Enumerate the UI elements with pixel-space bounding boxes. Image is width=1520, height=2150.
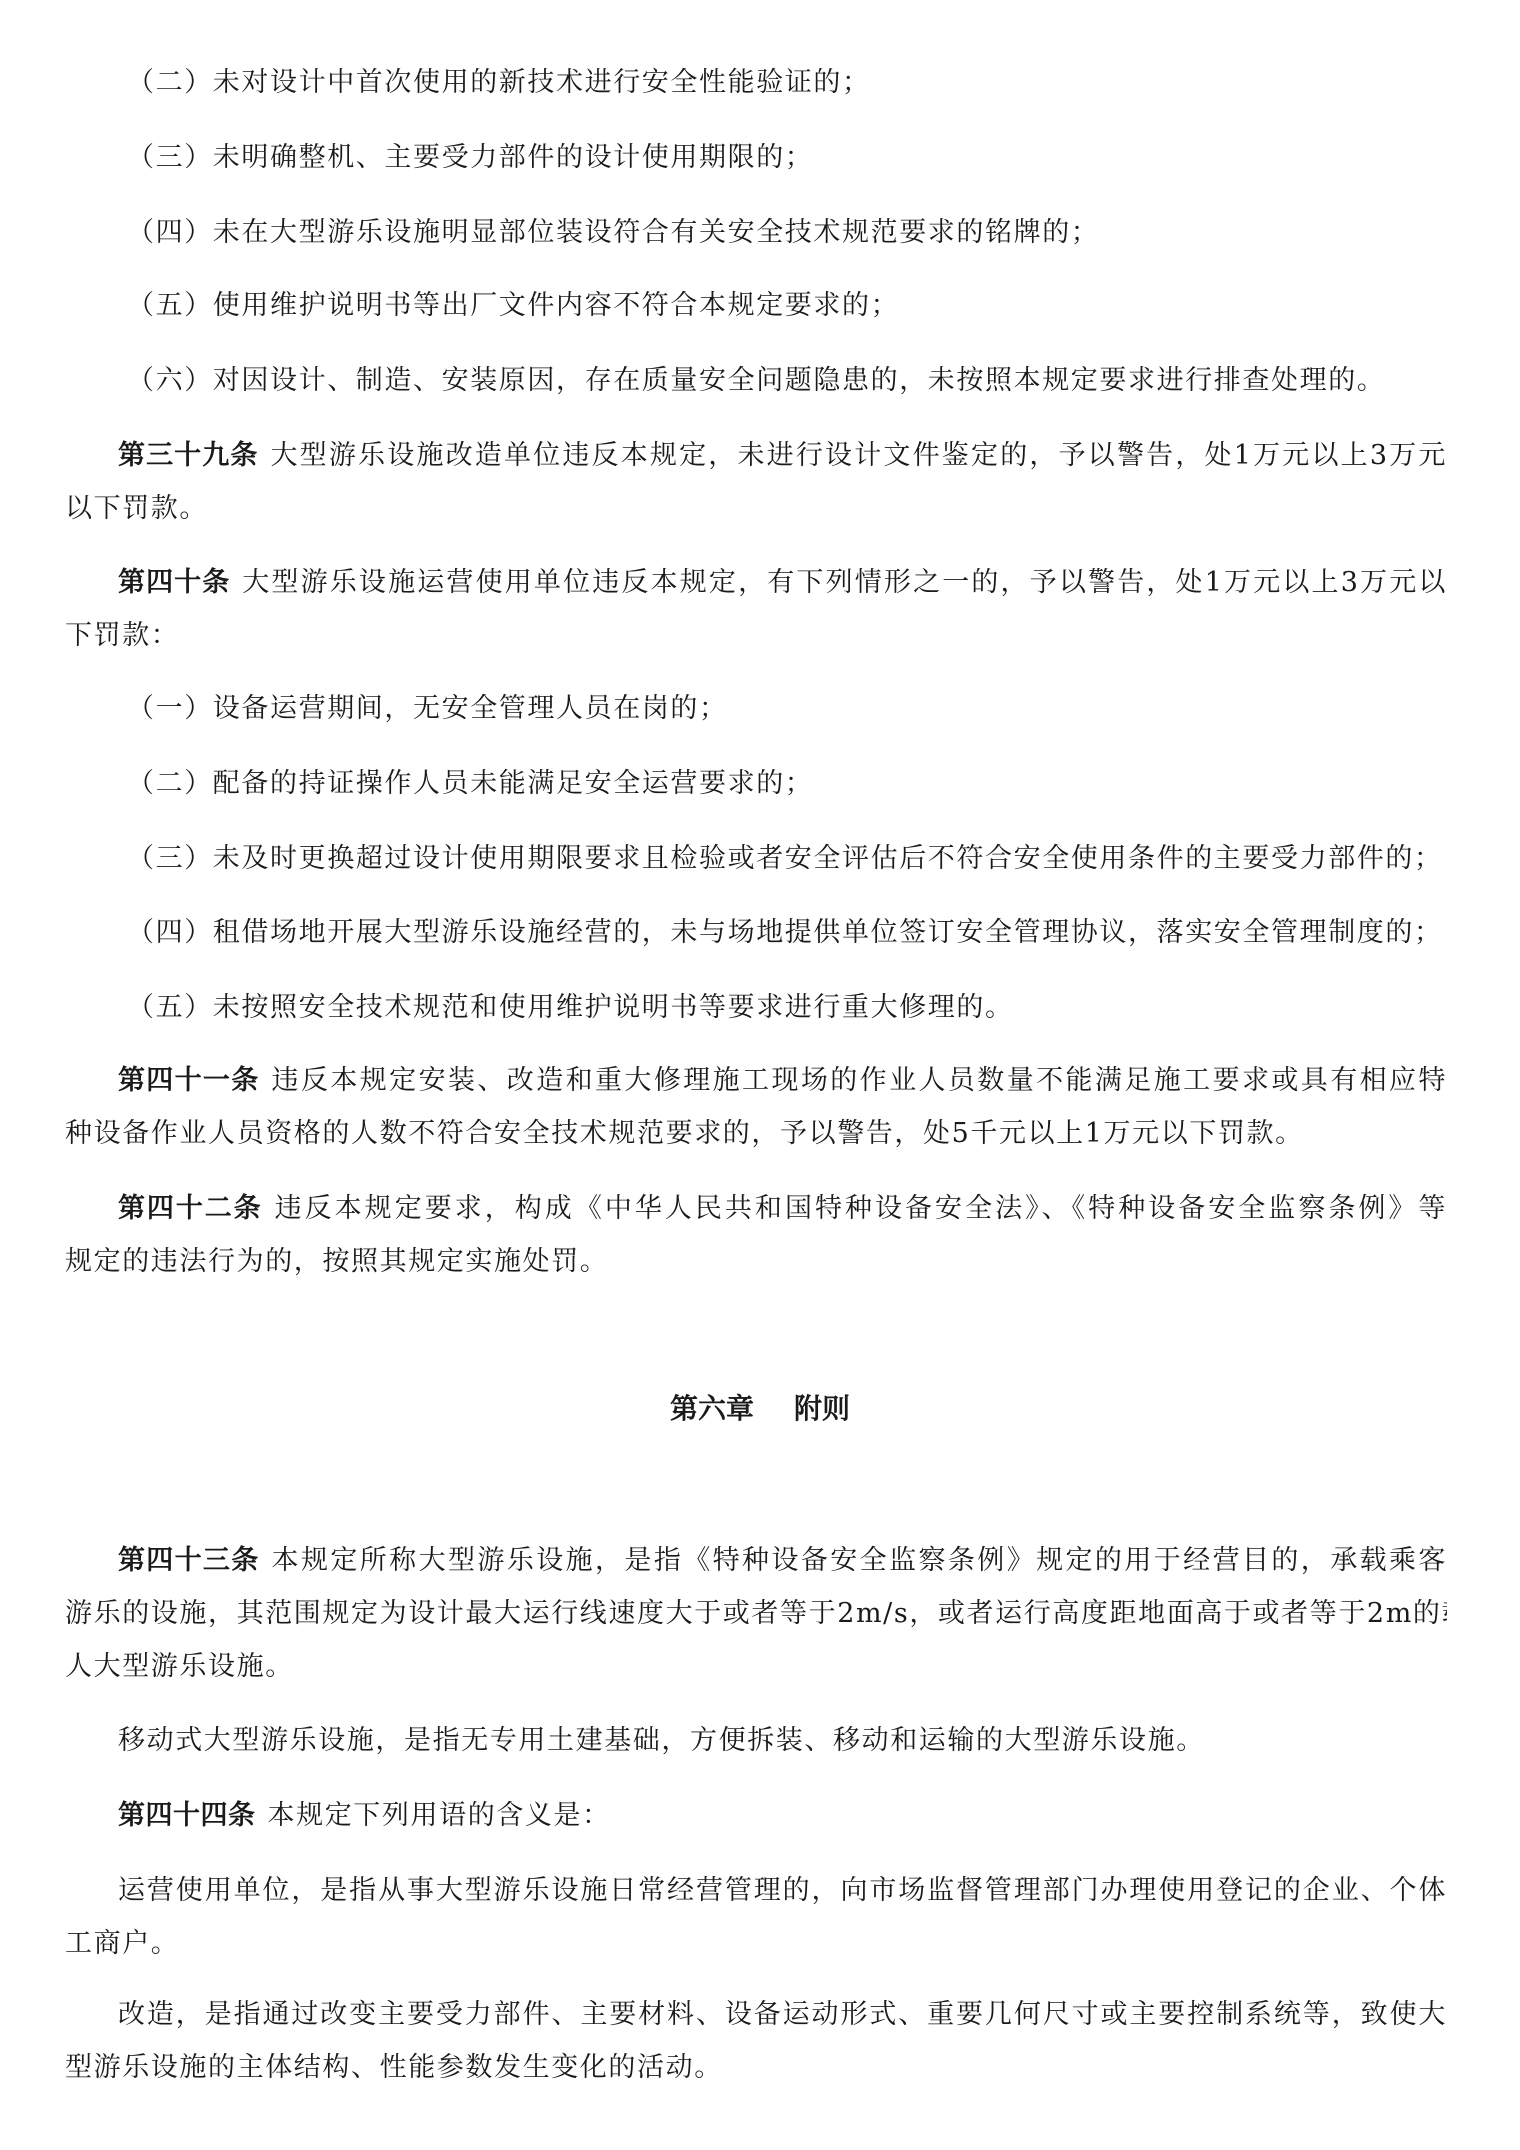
article-first-line: 第四十四条本规定下列用语的含义是： [65, 1789, 1447, 1842]
item-text: （六）对因设计、制造、安装原因，存在质量安全问题隐患的，未按照本规定要求进行排查… [65, 354, 1447, 407]
article-label: 第四十条 [118, 567, 230, 598]
definition-modification: 改造，是指通过改变主要受力部件、主要材料、设备运动形式、重要几何尺寸或主要控制系… [65, 1988, 1447, 2094]
article-first-line: 第四十三条本规定所称大型游乐设施，是指《特种设备安全监察条例》规定的用于经营目的… [65, 1534, 1447, 1587]
article-text: 规定的违法行为的，按照其规定实施处罚。 [65, 1235, 1447, 1288]
list-item: （二）配备的持证操作人员未能满足安全运营要求的； [65, 757, 1447, 810]
chapter-number: 第六章 [670, 1392, 754, 1425]
article-text: 移动式大型游乐设施，是指无专用土建基础，方便拆装、移动和运输的大型游乐设施。 [65, 1714, 1447, 1767]
list-item: （六）对因设计、制造、安装原因，存在质量安全问题隐患的，未按照本规定要求进行排查… [65, 354, 1447, 407]
article-44: 第四十四条本规定下列用语的含义是： [65, 1789, 1447, 1842]
article-text: 游乐的设施，其范围规定为设计最大运行线速度大于或者等于2m/s，或者运行高度距地… [65, 1587, 1447, 1640]
definition-text: 型游乐设施的主体结构、性能参数发生变化的活动。 [65, 2041, 1447, 2094]
article-first-line: 第四十二条违反本规定要求，构成《中华人民共和国特种设备安全法》、《特种设备安全监… [65, 1182, 1447, 1235]
article-label: 第四十三条 [118, 1545, 260, 1576]
list-item: （四）未在大型游乐设施明显部位装设符合有关安全技术规范要求的铭牌的； [65, 206, 1447, 259]
list-item: （五）使用维护说明书等出厂文件内容不符合本规定要求的； [65, 279, 1447, 332]
article-text: 大型游乐设施运营使用单位违反本规定，有下列情形之一的，予以警告，处1万元以上3万… [242, 567, 1447, 598]
definition-text: 改造，是指通过改变主要受力部件、主要材料、设备运动形式、重要几何尺寸或主要控制系… [65, 1988, 1447, 2041]
item-text: （三）未明确整机、主要受力部件的设计使用期限的； [65, 131, 1447, 184]
definition-text: 运营使用单位，是指从事大型游乐设施日常经营管理的，向市场监督管理部门办理使用登记… [65, 1864, 1447, 1917]
list-item: （三）未明确整机、主要受力部件的设计使用期限的； [65, 131, 1447, 184]
chapter-heading: 第六章附则 [0, 1382, 1520, 1435]
article-40: 第四十条大型游乐设施运营使用单位违反本规定，有下列情形之一的，予以警告，处1万元… [65, 556, 1447, 662]
article-text: 人大型游乐设施。 [65, 1640, 1447, 1693]
article-first-line: 第三十九条大型游乐设施改造单位违反本规定，未进行设计文件鉴定的，予以警告，处1万… [65, 429, 1447, 482]
list-item: （三）未及时更换超过设计使用期限要求且检验或者安全评估后不符合安全使用条件的主要… [65, 832, 1447, 885]
item-text: （五）未按照安全技术规范和使用维护说明书等要求进行重大修理的。 [65, 981, 1447, 1034]
article-text: 下罚款： [65, 609, 1447, 662]
article-label: 第四十四条 [118, 1800, 256, 1831]
chapter-title: 附则 [794, 1392, 850, 1425]
article-label: 第四十二条 [118, 1193, 263, 1224]
article-text: 本规定下列用语的含义是： [268, 1800, 611, 1831]
article-first-line: 第四十条大型游乐设施运营使用单位违反本规定，有下列情形之一的，予以警告，处1万元… [65, 556, 1447, 609]
article-39: 第三十九条大型游乐设施改造单位违反本规定，未进行设计文件鉴定的，予以警告，处1万… [65, 429, 1447, 535]
article-text: 以下罚款。 [65, 482, 1447, 535]
article-41: 第四十一条违反本规定安装、改造和重大修理施工现场的作业人员数量不能满足施工要求或… [65, 1054, 1447, 1160]
list-item: （四）租借场地开展大型游乐设施经营的，未与场地提供单位签订安全管理协议，落实安全… [65, 906, 1447, 959]
document-page: （二）未对设计中首次使用的新技术进行安全性能验证的； （三）未明确整机、主要受力… [0, 0, 1520, 2150]
article-text: 本规定所称大型游乐设施，是指《特种设备安全监察条例》规定的用于经营目的，承载乘客 [272, 1545, 1447, 1576]
list-item: （二）未对设计中首次使用的新技术进行安全性能验证的； [65, 56, 1447, 109]
item-text: （三）未及时更换超过设计使用期限要求且检验或者安全评估后不符合安全使用条件的主要… [65, 832, 1447, 885]
item-text: （四）未在大型游乐设施明显部位装设符合有关安全技术规范要求的铭牌的； [65, 206, 1447, 259]
definition-text: 工商户。 [65, 1917, 1447, 1970]
definition-operator: 运营使用单位，是指从事大型游乐设施日常经营管理的，向市场监督管理部门办理使用登记… [65, 1864, 1447, 1970]
list-item: （五）未按照安全技术规范和使用维护说明书等要求进行重大修理的。 [65, 981, 1447, 1034]
article-text: 大型游乐设施改造单位违反本规定，未进行设计文件鉴定的，予以警告，处1万元以上3万… [270, 440, 1447, 471]
list-item: （一）设备运营期间，无安全管理人员在岗的； [65, 682, 1447, 735]
item-text: （四）租借场地开展大型游乐设施经营的，未与场地提供单位签订安全管理协议，落实安全… [65, 906, 1447, 959]
article-text: 违反本规定安装、改造和重大修理施工现场的作业人员数量不能满足施工要求或具有相应特 [272, 1065, 1447, 1096]
article-label: 第四十一条 [118, 1065, 260, 1096]
item-text: （二）配备的持证操作人员未能满足安全运营要求的； [65, 757, 1447, 810]
article-43-para-2: 移动式大型游乐设施，是指无专用土建基础，方便拆装、移动和运输的大型游乐设施。 [65, 1714, 1447, 1767]
item-text: （五）使用维护说明书等出厂文件内容不符合本规定要求的； [65, 279, 1447, 332]
article-first-line: 第四十一条违反本规定安装、改造和重大修理施工现场的作业人员数量不能满足施工要求或… [65, 1054, 1447, 1107]
item-text: （一）设备运营期间，无安全管理人员在岗的； [65, 682, 1447, 735]
article-42: 第四十二条违反本规定要求，构成《中华人民共和国特种设备安全法》、《特种设备安全监… [65, 1182, 1447, 1288]
article-text: 种设备作业人员资格的人数不符合安全技术规范要求的，予以警告，处5千元以上1万元以… [65, 1107, 1447, 1160]
item-text: （二）未对设计中首次使用的新技术进行安全性能验证的； [65, 56, 1447, 109]
article-43: 第四十三条本规定所称大型游乐设施，是指《特种设备安全监察条例》规定的用于经营目的… [65, 1534, 1447, 1693]
article-text: 违反本规定要求，构成《中华人民共和国特种设备安全法》、《特种设备安全监察条例》等 [275, 1193, 1447, 1224]
article-label: 第三十九条 [118, 440, 258, 471]
